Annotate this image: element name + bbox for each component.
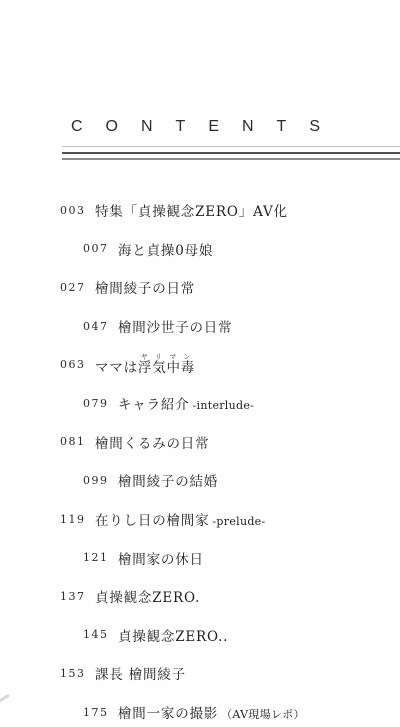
entry-title: 檜間綾子の日常 <box>95 277 195 297</box>
page-title: CONTENTS <box>71 118 343 136</box>
page-number: 027 <box>60 281 86 294</box>
entry-title: 檜間家の休日 <box>118 548 204 568</box>
toc-entry: 145貞操観念ZERO.. <box>0 616 400 655</box>
entry-title: 貞操観念ZERO. <box>95 586 200 606</box>
toc-entry: 175檜間一家の撮影（AV現場レポ） <box>0 693 400 727</box>
page-number: 063 <box>60 358 86 371</box>
toc-entry: 047檜間沙世子の日常 <box>0 307 400 346</box>
page-number: 007 <box>83 242 109 255</box>
page-number: 099 <box>83 474 109 487</box>
divider-line-bottom <box>62 158 400 160</box>
toc-entry: 153課長 檜間綾子 <box>0 654 400 693</box>
ruby-annotated-text: 浮気中毒ヤリマン <box>138 360 195 376</box>
entry-title: 課長 檜間綾子 <box>95 663 186 683</box>
toc-entry: 137貞操観念ZERO. <box>0 577 400 616</box>
toc-entry: 007海と貞操0母娘 <box>0 230 400 269</box>
toc-list: 003特集「貞操観念ZERO」AV化007海と貞操0母娘027檜間綾子の日常04… <box>0 191 400 727</box>
page-number: 145 <box>83 628 109 641</box>
entry-title: 在りし日の檜間家-prelude- <box>95 509 266 529</box>
page-number: 137 <box>60 590 86 603</box>
page-number: 079 <box>83 397 109 410</box>
toc-entry: 063ママは浮気中毒ヤリマン <box>0 345 400 384</box>
page-number: 047 <box>83 320 109 333</box>
entry-title: 檜間沙世子の日常 <box>118 316 232 336</box>
entry-title: キャラ紹介-interlude- <box>118 393 254 413</box>
toc-entry: 099檜間綾子の結婚 <box>0 461 400 500</box>
entry-title: 檜間綾子の結婚 <box>118 470 218 490</box>
toc-entry: 003特集「貞操観念ZERO」AV化 <box>0 191 400 230</box>
entry-title-suffix: （AV現場レポ） <box>221 708 305 721</box>
page-number: 121 <box>83 551 109 564</box>
entry-title-suffix: -interlude- <box>193 399 255 412</box>
page-number: 119 <box>60 513 86 526</box>
toc-entry: 119在りし日の檜間家-prelude- <box>0 500 400 539</box>
entry-title-suffix: -prelude- <box>212 515 265 528</box>
divider-line-top <box>62 146 400 147</box>
page-number: 003 <box>60 204 86 217</box>
toc-entry: 081檜間くるみの日常 <box>0 423 400 462</box>
page-number: 081 <box>60 435 86 448</box>
entry-title: 特集「貞操観念ZERO」AV化 <box>95 200 288 220</box>
toc-page: CONTENTS 003特集「貞操観念ZERO」AV化007海と貞操0母娘027… <box>0 0 400 727</box>
toc-entry: 121檜間家の休日 <box>0 538 400 577</box>
entry-title: 海と貞操0母娘 <box>118 239 213 259</box>
toc-entry: 079キャラ紹介-interlude- <box>0 384 400 423</box>
divider-line-middle <box>62 152 400 154</box>
entry-title: 檜間一家の撮影（AV現場レポ） <box>118 702 305 722</box>
toc-entry: 027檜間綾子の日常 <box>0 268 400 307</box>
page-number: 153 <box>60 667 86 680</box>
entry-title: 貞操観念ZERO.. <box>118 625 228 645</box>
entry-title: ママは浮気中毒ヤリマン <box>95 353 195 376</box>
entry-title: 檜間くるみの日常 <box>95 432 209 452</box>
page-number: 175 <box>83 706 109 719</box>
